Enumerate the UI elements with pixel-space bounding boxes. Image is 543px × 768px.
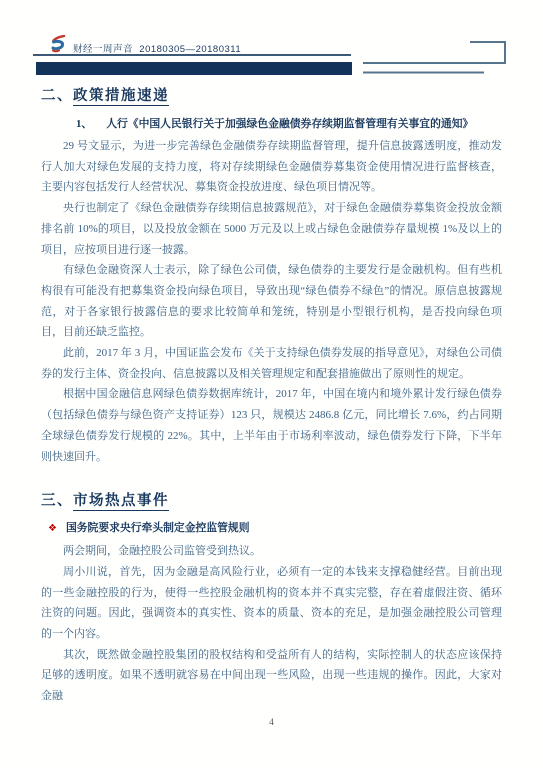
header-decoration-lines — [0, 0, 543, 90]
paragraph: 有绿色金融资深人士表示，除了绿色公司债，绿色债券的主要发行是金融机构。但有些机构… — [41, 260, 502, 343]
paragraph: 央行也制定了《绿色金融债券存续期信息披露规范》，对于绿色金融债券募集资金投放金额… — [41, 198, 502, 260]
diamond-bullet-icon: ❖ — [48, 519, 57, 538]
item-1-number: 1、 — [76, 118, 92, 130]
paragraph: 29 号文显示，为进一步完善绿色金融债券存续期监督管理，提升信息披露透明度，推动… — [41, 136, 502, 198]
paragraph: 此前，2017 年 3 月，中国证监会发布《关于支持绿色债券发展的指导意见》，对… — [41, 343, 502, 384]
section-3-title: 市场热点事件 — [73, 493, 169, 511]
bullet-1-title: 国务院要求央行牵头制定金控监管规则 — [66, 519, 250, 538]
item-1-title: 人行《中国人民银行关于加强绿色金融债券存续期监督管理有关事宜的通知》 — [106, 118, 473, 130]
paragraph: 周小川说，首先，因为金融是高风险行业，必须有一定的本钱来支撑稳健经营。目前出现的… — [41, 562, 502, 645]
document-page: 财经一周声音 20180305—20180311 二、政策措施速递 1、人行《中… — [0, 0, 543, 768]
section-2-number: 二、 — [41, 88, 73, 104]
section-2-heading: 二、政策措施速递 — [41, 84, 502, 105]
item-1-heading: 1、人行《中国人民银行关于加强绿色金融债券存续期监督管理有关事宜的通知》 — [41, 114, 502, 134]
page-number: 4 — [0, 718, 543, 728]
bullet-1-heading: ❖ 国务院要求央行牵头制定金控监管规则 — [48, 519, 502, 538]
paragraph: 两会期间，金融控股公司监管受到热议。 — [41, 541, 502, 562]
section-2-title: 政策措施速递 — [73, 88, 169, 106]
document-body: 二、政策措施速递 1、人行《中国人民银行关于加强绿色金融债券存续期监督管理有关事… — [41, 84, 502, 707]
section-3-number: 三、 — [41, 493, 73, 509]
paragraph: 根据中国金融信息网绿色债券数据库统计，2017 年，中国在境内和境外累计发行绿色… — [41, 384, 502, 467]
section-3-heading: 三、市场热点事件 — [41, 489, 502, 510]
paragraph: 其次，既然做金融控股集团的股权结构和受益所有人的结构，实际控制人的状态应该保持足… — [41, 645, 502, 707]
